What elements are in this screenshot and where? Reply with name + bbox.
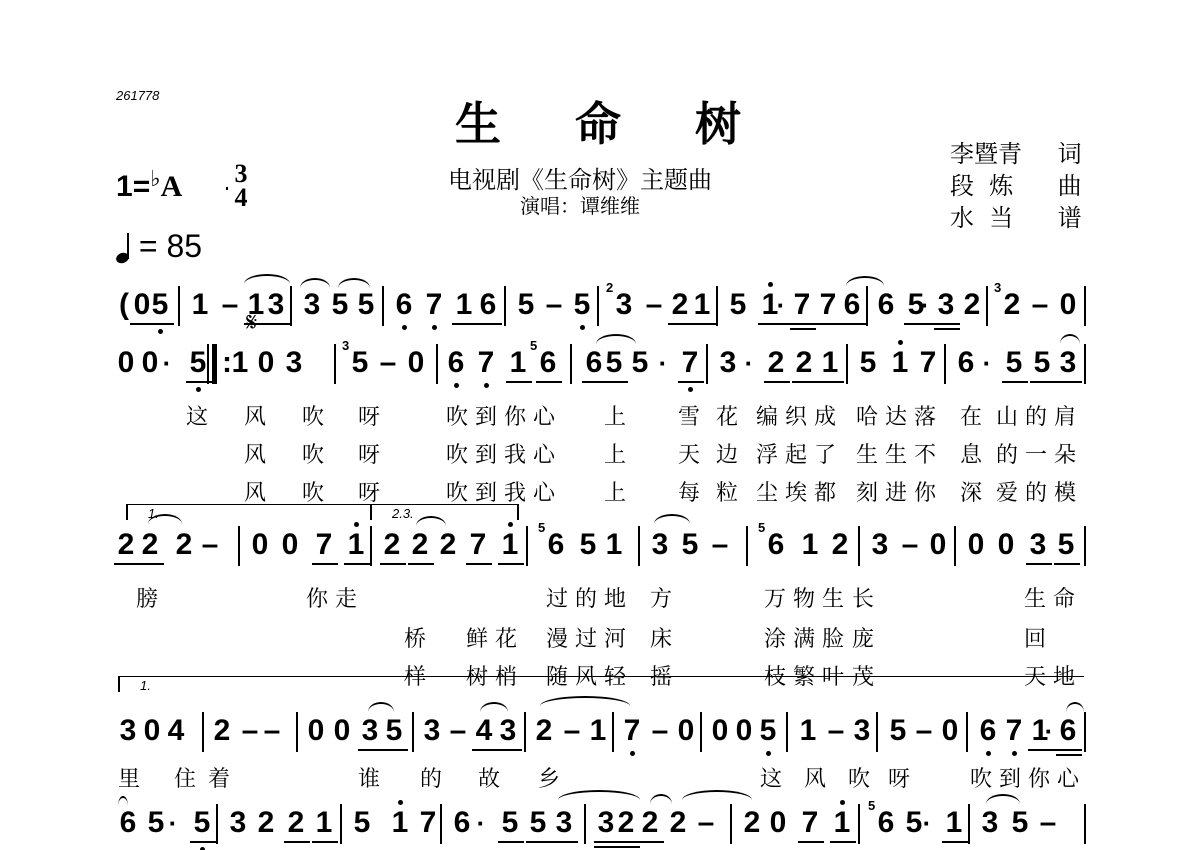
note-digit: 3	[980, 806, 1000, 840]
note-digit: 1	[798, 714, 818, 748]
barline	[746, 526, 748, 566]
note-digit: 7	[792, 288, 812, 322]
repeat-barline-thin	[207, 344, 209, 384]
grace-note: 3	[994, 280, 1001, 295]
underline-beam	[190, 841, 216, 843]
underline-beam-2	[790, 328, 816, 330]
note-digit: 2	[794, 346, 814, 380]
note-digit: 4	[166, 714, 186, 748]
note-digit: 5	[1032, 346, 1052, 380]
note-digit: 1	[454, 288, 474, 322]
lyric-syllable: 爱 的 模	[996, 476, 1076, 507]
low-octave-dot	[158, 329, 163, 334]
lyric-syllable: 长	[852, 582, 874, 613]
dash-extension: –	[914, 714, 934, 748]
high-octave-dot	[398, 800, 403, 805]
dash-extension: –	[650, 714, 670, 748]
barline	[524, 712, 526, 752]
grace-note: 5	[538, 520, 545, 535]
dotted-rhythm: ·	[168, 806, 178, 840]
barline	[706, 344, 708, 384]
score-id: 261778	[116, 88, 159, 103]
note-digit: 2	[256, 806, 276, 840]
underline-beam	[536, 381, 562, 383]
note-digit: 6	[478, 288, 498, 322]
note-digit: 3	[228, 806, 248, 840]
barline	[876, 712, 878, 752]
note-digit: 3	[1058, 346, 1078, 380]
note-digit: 1	[820, 346, 840, 380]
note-digit: 5	[516, 288, 536, 322]
barline	[440, 804, 442, 844]
dash-extension: –	[644, 288, 664, 322]
dotted-rhythm: ·	[1044, 714, 1054, 748]
barline	[1084, 526, 1086, 566]
note-digit: 5	[758, 714, 778, 748]
barline	[866, 286, 868, 326]
underline-beam	[312, 841, 338, 843]
dotted-rhythm: ·	[658, 346, 668, 380]
note-digit: 2	[438, 528, 458, 562]
low-octave-dot	[688, 387, 693, 392]
note-digit: 0	[1058, 288, 1078, 322]
fraction-line	[226, 187, 228, 190]
note-digit: 1	[800, 528, 820, 562]
lyric-syllable: 故	[478, 762, 500, 793]
note-digit: 5	[630, 346, 650, 380]
note-digit: 6	[446, 346, 466, 380]
lyric-syllable: 上	[604, 476, 626, 507]
barline	[786, 712, 788, 752]
lyric-syllable: 刻 进 你	[856, 476, 936, 507]
note-digit: 6	[584, 346, 604, 380]
lyric-syllable: 呀	[888, 762, 910, 793]
note-digit: 6	[546, 528, 566, 562]
lyric-syllable: 生 生 不	[856, 438, 936, 469]
slur-tie	[654, 514, 690, 524]
slur-tie	[480, 702, 508, 712]
underline-beam	[774, 323, 790, 325]
lyric-syllable: 哈 达 落	[856, 400, 936, 431]
lyric-syllable: 涂 满 脸	[764, 622, 844, 653]
lyric-syllable: 乡	[538, 762, 560, 793]
lyric-syllable: 过 的 地	[546, 582, 626, 613]
lyric-syllable: 上	[604, 438, 626, 469]
note-digit: 5	[500, 806, 520, 840]
low-octave-dot	[630, 751, 635, 756]
time-signature: 3 4	[226, 162, 256, 210]
note-digit: 5	[352, 806, 372, 840]
note-digit: 0	[256, 346, 276, 380]
barline	[954, 526, 956, 566]
note-digit: 3	[596, 806, 616, 840]
lyric-syllable: 浮 起 了	[756, 438, 836, 469]
slur-tie	[338, 278, 370, 288]
dash-extension: –	[200, 528, 220, 562]
lyric-syllable: 的 一 朵	[996, 438, 1076, 469]
barline	[986, 286, 988, 326]
underline-beam	[790, 323, 816, 325]
barline	[436, 344, 438, 384]
lyric-syllable: 呀	[358, 476, 380, 507]
low-octave-dot	[402, 325, 407, 330]
note-digit: 2	[766, 346, 786, 380]
slur-tie	[368, 702, 394, 712]
low-octave-dot	[766, 751, 771, 756]
underline-beam	[934, 323, 960, 325]
note-digit: 1	[500, 528, 520, 562]
underline-beam	[452, 323, 478, 325]
lyric-syllable: 风	[244, 476, 266, 507]
dash-extension: –	[710, 528, 730, 562]
title-char: 命	[575, 88, 695, 154]
underline-beam-2	[1056, 754, 1082, 756]
note-digit: 0	[280, 528, 300, 562]
note-digit: 2	[140, 528, 160, 562]
note-digit: 2	[1002, 288, 1022, 322]
underline-beam	[466, 563, 492, 565]
note-digit: 7	[468, 528, 488, 562]
underline-beam	[614, 841, 640, 843]
note-digit: 2	[286, 806, 306, 840]
underline-beam	[476, 323, 502, 325]
underline-beam	[312, 563, 338, 565]
lyric-syllable: 吹	[302, 400, 324, 431]
lyric-syllable: 的	[420, 762, 442, 793]
note-digit: 3	[852, 714, 872, 748]
barline	[202, 712, 204, 752]
dotted-rhythm: ·	[922, 806, 932, 840]
note-digit: 6	[842, 288, 862, 322]
barline	[944, 344, 946, 384]
lyric-syllable: 深	[960, 476, 982, 507]
dotted-rhythm: ·	[982, 346, 992, 380]
note-digit: 7	[622, 714, 642, 748]
underline-beam	[264, 323, 290, 325]
note-digit: 0	[406, 346, 426, 380]
dash-extension: –	[448, 714, 468, 748]
volta-label: 2.3.	[392, 506, 414, 521]
barline	[370, 526, 372, 566]
note-digit: 1	[588, 714, 608, 748]
underline-beam	[1026, 563, 1052, 565]
lyric-syllable: 方	[650, 582, 672, 613]
note-digit: 7	[918, 346, 938, 380]
slur-tie	[118, 796, 128, 806]
note-digit: 3	[284, 346, 304, 380]
underline-beam	[602, 381, 628, 383]
note-digit: 5	[1056, 528, 1076, 562]
high-octave-dot	[354, 522, 359, 527]
note-digit: 0	[140, 346, 160, 380]
lyric-syllable: 风	[804, 762, 826, 793]
slur-tie	[682, 790, 752, 800]
low-octave-dot	[484, 383, 489, 388]
dotted-rhythm: ·	[476, 806, 486, 840]
note-digit: 6	[452, 806, 472, 840]
slur-tie	[846, 276, 884, 286]
dotted-rhythm: ·	[162, 346, 172, 380]
dash-extension: –	[220, 288, 240, 322]
barline	[570, 344, 572, 384]
note-digit: 7	[314, 528, 334, 562]
note-digit: 3	[554, 806, 574, 840]
slur-tie	[596, 334, 636, 344]
lyric-syllable: 呀	[358, 400, 380, 431]
note-digit: 2	[616, 806, 636, 840]
note-digit: 5	[188, 346, 208, 380]
note-digit: 3	[498, 714, 518, 748]
note-digit: 5	[578, 528, 598, 562]
lyric-syllable: 风	[244, 400, 266, 431]
note-digit: 0	[250, 528, 270, 562]
lyric-syllable: 谁	[358, 762, 380, 793]
note-digit: 3	[266, 288, 286, 322]
note-digit: 3	[360, 714, 380, 748]
note-digit: 6	[978, 714, 998, 748]
note-digit: 2	[640, 806, 660, 840]
volta-label: 1.	[140, 678, 151, 693]
lyric-syllable: 膀	[136, 582, 158, 613]
quarter-note-icon	[116, 233, 130, 265]
note-digit: 5	[1010, 806, 1030, 840]
credits-block: 李暨青 词 段 炼 曲 水 当 谱	[950, 138, 1082, 234]
underline-beam	[408, 563, 434, 565]
note-digit: 3	[422, 714, 442, 748]
dash-extension: –	[544, 288, 564, 322]
note-digit: 2	[742, 806, 762, 840]
low-octave-dot	[1012, 751, 1017, 756]
lyric-syllable: 花	[716, 400, 738, 431]
note-digit: 2	[174, 528, 194, 562]
note-digit: 6	[118, 806, 138, 840]
volta-bracket-edge	[118, 676, 120, 692]
note-digit: 0	[132, 288, 152, 322]
note-digit: 0	[676, 714, 696, 748]
lyric-syllable: 里	[118, 762, 140, 793]
note-digit: 5	[572, 288, 592, 322]
note-digit: 7	[476, 346, 496, 380]
note-digit: 1	[604, 528, 624, 562]
slur-tie	[540, 696, 630, 706]
note-digit: 7	[818, 288, 838, 322]
note-digit: 0	[940, 714, 960, 748]
flat-icon: ♭	[150, 166, 160, 191]
underline-beam	[1030, 381, 1056, 383]
barline	[412, 712, 414, 752]
lyric-syllable: 编 织 成	[756, 400, 836, 431]
note-digit: 0	[734, 714, 754, 748]
song-title: 生命树	[455, 88, 815, 154]
dash-extension: –	[696, 806, 716, 840]
note-digit: 5	[356, 288, 376, 322]
singer-credit: 演唱：谭维维	[520, 190, 640, 219]
lyric-syllable: 雪	[678, 400, 700, 431]
note-digit: 3	[1028, 528, 1048, 562]
note-digit: 2	[410, 528, 430, 562]
lyric-syllable: 呀	[358, 438, 380, 469]
barline	[584, 804, 586, 844]
barline	[1084, 344, 1086, 384]
repeat-barline-thick	[212, 344, 217, 384]
grace-note: 5	[868, 798, 875, 813]
dotted-rhythm: ·	[744, 346, 754, 380]
slur-tie	[650, 794, 672, 804]
note-digit: 0	[966, 528, 986, 562]
barline	[966, 712, 968, 752]
underline-beam	[506, 381, 532, 383]
slur-tie	[1060, 334, 1080, 344]
grace-note: 5	[758, 520, 765, 535]
key-signature: 1=♭A	[116, 170, 182, 204]
slur-tie	[1066, 702, 1084, 712]
barline	[1084, 804, 1086, 844]
underline-beam	[1056, 749, 1082, 751]
volta-bracket	[118, 676, 1084, 677]
slur-tie	[558, 790, 640, 800]
underline-beam	[472, 749, 498, 751]
lyric-syllable: 边	[716, 438, 738, 469]
lyric-syllable: 尘 埃 都	[756, 476, 836, 507]
note-digit: (	[114, 288, 134, 322]
high-octave-dot	[898, 340, 903, 345]
volta-bracket	[126, 504, 370, 505]
segno-icon: 𝄋	[246, 308, 257, 339]
note-digit: 5	[146, 806, 166, 840]
note-digit: 6	[1058, 714, 1078, 748]
barline	[504, 286, 506, 326]
underline-beam	[552, 841, 578, 843]
barline	[700, 712, 702, 752]
dash-extension: –	[1030, 288, 1050, 322]
underline-beam	[678, 381, 704, 383]
lyric-syllable: 吹	[302, 438, 324, 469]
underline-beam-2	[934, 328, 960, 330]
underline-beam	[148, 323, 174, 325]
lyric-syllable: 天	[678, 438, 700, 469]
note-digit: 5	[1004, 346, 1024, 380]
underline-beam	[382, 749, 408, 751]
underline-beam	[798, 841, 824, 843]
underline-beam	[498, 563, 524, 565]
low-octave-dot	[196, 387, 201, 392]
underline-beam	[792, 381, 818, 383]
note-digit: 7	[418, 806, 438, 840]
note-digit: 2	[962, 288, 982, 322]
barline	[597, 286, 599, 326]
note-digit: 5	[904, 806, 924, 840]
underline-beam	[918, 323, 934, 325]
high-octave-dot	[768, 282, 773, 287]
underline-beam	[138, 563, 164, 565]
slur-tie	[244, 274, 290, 284]
note-digit: 2	[382, 528, 402, 562]
low-octave-dot	[454, 383, 459, 388]
note-digit: 3	[302, 288, 322, 322]
note-digit: 1	[692, 288, 712, 322]
note-digit: 6	[876, 806, 896, 840]
barline	[216, 804, 218, 844]
grace-note: 5	[530, 338, 537, 353]
note-digit: 2	[212, 714, 232, 748]
lyric-syllable: 住	[174, 762, 196, 793]
lyric-syllable: 息	[960, 438, 982, 469]
lyric-syllable: 桥	[404, 622, 426, 653]
note-digit: 1	[190, 288, 210, 322]
lyric-syllable: 山 的 肩	[996, 400, 1076, 431]
note-digit: 0	[710, 714, 730, 748]
note-digit: 1	[944, 806, 964, 840]
credit-transcriber: 水 当 谱	[950, 202, 1082, 234]
dash-extension: –	[1038, 806, 1058, 840]
title-char: 生	[455, 88, 575, 154]
dash-extension: –	[900, 528, 920, 562]
lyric-syllable: 上	[604, 400, 626, 431]
lyric-syllable: 吹 到 你 心	[446, 400, 555, 431]
lyric-syllable: 万 物 生	[764, 582, 844, 613]
note-digit: 5	[858, 346, 878, 380]
note-digit: 5	[528, 806, 548, 840]
underline-beam	[830, 841, 856, 843]
note-digit: 2	[830, 528, 850, 562]
note-digit: 0	[768, 806, 788, 840]
grace-note: 2	[606, 280, 613, 295]
note-digit: 3	[718, 346, 738, 380]
barline	[612, 712, 614, 752]
note-digit: 7	[800, 806, 820, 840]
barline	[238, 526, 240, 566]
lyric-syllable: 每	[678, 476, 700, 507]
underline-beam	[1054, 563, 1080, 565]
barline	[296, 712, 298, 752]
barline	[730, 804, 732, 844]
note-digit: 6	[766, 528, 786, 562]
underline-beam	[344, 563, 370, 565]
note-digit: 5	[192, 806, 212, 840]
dash-extension: –	[378, 346, 398, 380]
barline	[968, 804, 970, 844]
underline-beam	[818, 381, 844, 383]
lyric-syllable: 吹 到 你 心	[970, 762, 1079, 793]
dash-extension: –	[562, 714, 582, 748]
note-digit: 2	[116, 528, 136, 562]
lyric-syllable: 着	[208, 762, 230, 793]
barline	[858, 804, 860, 844]
note-digit: 2	[670, 288, 690, 322]
lyric-syllable: 吹	[848, 762, 870, 793]
note-digit: 7	[424, 288, 444, 322]
lyric-syllable: 吹	[302, 476, 324, 507]
lyric-syllable: 你 走	[306, 582, 357, 613]
lyric-syllable: 鲜 花	[466, 622, 517, 653]
barline	[1084, 712, 1086, 752]
lyric-syllable: 回	[1024, 622, 1046, 653]
note-digit: 5	[604, 346, 624, 380]
note-digit: 5	[728, 288, 748, 322]
note-digit: 2	[534, 714, 554, 748]
underline-beam	[284, 841, 310, 843]
lyric-syllable: 生 命	[1024, 582, 1075, 613]
note-digit: 1	[346, 528, 366, 562]
barline	[858, 526, 860, 566]
lyric-syllable: 庞	[852, 622, 874, 653]
note-digit: 5	[330, 288, 350, 322]
underline-beam	[840, 323, 866, 325]
note-digit: 5	[150, 288, 170, 322]
underline-beam	[816, 323, 842, 325]
note-digit: 3	[614, 288, 634, 322]
note-digit: 1	[390, 806, 410, 840]
